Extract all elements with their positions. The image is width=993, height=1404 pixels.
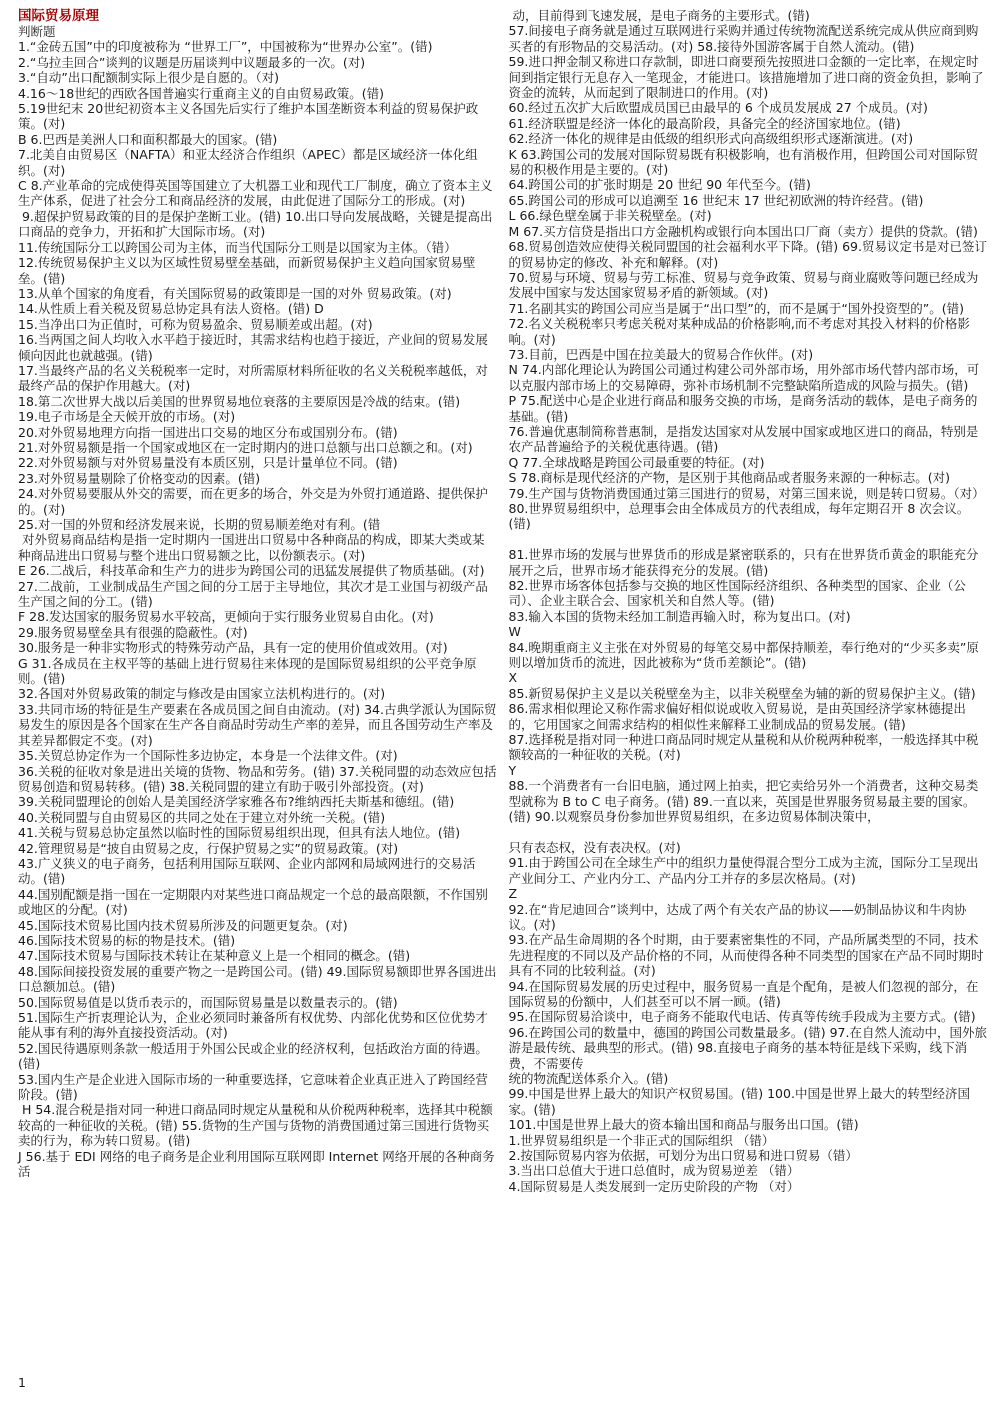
question-item: 只有表态权，没有表决权。(对) bbox=[509, 840, 988, 855]
question-item: 30.服务是一种非实物形式的特殊劳动产品，具有一定的使用价值或效用。(对) bbox=[18, 640, 497, 655]
question-item: 52.国民待遇原则条款一般适用于外国公民或企业的经济权利，包括政治方面的待遇。(… bbox=[18, 1041, 497, 1072]
question-item: 65.跨国公司的形成可以追溯至 16 世纪末 17 世纪初欧洲的特许经营。(错) bbox=[509, 193, 988, 208]
question-item: 4.16～18世纪的西欧各国普遍实行重商主义的自由贸易政策。(错) bbox=[18, 86, 497, 101]
question-item: B 6.巴西是美洲人口和面积都最大的国家。(错) bbox=[18, 132, 497, 147]
question-item: F 28.发达国家的服务贸易水平较高，更倾向于实行服务业贸易自由化。(对) bbox=[18, 609, 497, 624]
question-item: 86.需求相似理论又称作需求偏好相似说或收入贸易说，是由英国经济学家林德提出的，… bbox=[509, 701, 988, 732]
question-item: 61.经济联盟是经济一体化的最高阶段，具备完全的经济国家地位。(错) bbox=[509, 116, 988, 131]
question-list-left: 1.“金砖五国”中的印度被称为 “世界工厂”，中国被称为“世界办公室”。(错)2… bbox=[18, 39, 497, 1179]
question-item: Z bbox=[509, 886, 988, 901]
question-item: Y bbox=[509, 763, 988, 778]
question-item: 12.传统贸易保护主义以为区域性贸易壁垒基础，而新贸易保护主义趋向国家贸易壁垒。… bbox=[18, 255, 497, 286]
question-item: 93.在产品生命周期的各个时期，由于要素密集性的不同，产品所属类型的不同，技术先… bbox=[509, 932, 988, 978]
question-item: 82.世界市场客体包括参与交换的地区性国际经济组织、各种类型的国家、企业（公司）… bbox=[509, 578, 988, 609]
question-item: P 75.配送中心是企业进行商品和服务交换的市场，是商务活动的载体，是电子商务的… bbox=[509, 393, 988, 424]
question-item: G 31.各成员在主权平等的基础上进行贸易往来体现的是国际贸易组织的公平竞争原则… bbox=[18, 656, 497, 687]
question-item: 15.当净出口为正值时，可称为贸易盈余、贸易顺差或出超。(对) bbox=[18, 317, 497, 332]
question-list-right: 动，目前得到飞速发展，是电子商务的主要形式。(错)57.间接电子商务就是通过互联… bbox=[509, 8, 988, 1194]
question-item: 76.普遍优惠制简称普惠制，是指发达国家对从发展中国家或地区进口的商品，特别是农… bbox=[509, 424, 988, 455]
question-item bbox=[509, 825, 988, 840]
question-item: 33.共同市场的特征是生产要素在各成员国之间自由流动。(对) 34.古典学派认为… bbox=[18, 702, 497, 748]
question-item: 1.“金砖五国”中的印度被称为 “世界工厂”，中国被称为“世界办公室”。(错) bbox=[18, 39, 497, 54]
question-item: 71.名副其实的跨国公司应当是属于“出口型”的，而不是属于“国外投资型的”。(错… bbox=[509, 301, 988, 316]
question-item: 72.名义关税税率只考虑关税对某种成品的价格影响,而不考虑对其投入材料的价格影响… bbox=[509, 316, 988, 347]
question-item: 25.对一国的外贸和经济发展来说，长期的贸易顺差绝对有利。(错 bbox=[18, 517, 497, 532]
question-item: 21.对外贸易额是指一个国家或地区在一定时期内的进口总额与出口总额之和。(对) bbox=[18, 440, 497, 455]
question-item: 73.目前，巴西是中国在拉美最大的贸易合作伙伴。(对) bbox=[509, 347, 988, 362]
question-item: 29.服务贸易壁垒具有很强的隐蔽性。(对) bbox=[18, 625, 497, 640]
question-item: 101.中国是世界上最大的资本输出国和商品与服务出口国。(错) bbox=[509, 1117, 988, 1132]
question-item: 64.跨国公司的扩张时期是 20 世纪 90 年代至今。(错) bbox=[509, 177, 988, 192]
question-item: 48.国际间接投资发展的重要产物之一是跨国公司。(错) 49.国际贸易额即世界各… bbox=[18, 964, 497, 995]
question-item: 83.输入本国的货物未经加工制造再输入时，称为复出口。(对) bbox=[509, 609, 988, 624]
question-item: 23.对外贸易量剔除了价格变动的因素。(错) bbox=[18, 471, 497, 486]
question-item: 84.晚期重商主义主张在对外贸易的每笔交易中都保持顺差，奉行绝对的“少买多卖”原… bbox=[509, 640, 988, 671]
question-item: 68.贸易创造效应使得关税同盟国的社会福利水平下降。(错) 69.贸易议定书是对… bbox=[509, 239, 988, 270]
question-item: 43.广义狭义的电子商务，包括利用国际互联网、企业内部网和局域网进行的交易活动。… bbox=[18, 856, 497, 887]
question-item: 85.新贸易保护主义是以关税壁垒为主，以非关税壁垒为辅的新的贸易保护主义。(错) bbox=[509, 686, 988, 701]
question-item: 19.电子市场是全天候开放的市场。(对) bbox=[18, 409, 497, 424]
question-item: 99.中国是世界上最大的知识产权贸易国。(错) 100.中国是世界上最大的转型经… bbox=[509, 1086, 988, 1117]
question-item: 11.传统国际分工以跨国公司为主体，而当代国际分工则是以国家为主体。（错） bbox=[18, 240, 497, 255]
question-item: 7.北美自由贸易区（NAFTA）和亚太经济合作组织（APEC）都是区域经济一体化… bbox=[18, 147, 497, 178]
question-item: 40.关税同盟与自由贸易区的共同之处在于建立对外统一关税。(错) bbox=[18, 810, 497, 825]
question-item: 79.生产国与货物消费国通过第三国进行的贸易，对第三国来说，则是转口贸易。（对） bbox=[509, 486, 988, 501]
question-item: 62.经济一体化的规律是由低级的组织形式向高级组织形式逐渐演进。(对) bbox=[509, 131, 988, 146]
question-item: C 8.产业革命的完成使得英国等国建立了大机器工业和现代工厂制度，确立了资本主义… bbox=[18, 178, 497, 209]
question-item: 35.关贸总协定作为一个国际性多边协定，本身是一个法律文件。(对) bbox=[18, 748, 497, 763]
question-item: E 26.二战后，科技革命和生产力的进步为跨国公司的迅猛发展提供了物质基础。(对… bbox=[18, 563, 497, 578]
question-item: 96.在跨国公司的数量中，德国的跨国公司数量最多。(错) 97.在自然人流动中，… bbox=[509, 1025, 988, 1071]
section-heading: 判断题 bbox=[18, 24, 497, 39]
question-item: J 56.基于 EDI 网络的电子商务是企业利用国际互联网即 Internet … bbox=[18, 1149, 497, 1180]
question-item: 53.国内生产是企业进入国际市场的一种重要选择，它意味着企业真正进入了跨国经营阶… bbox=[18, 1072, 497, 1103]
question-item: 80.世界贸易组织中，总理事会由全体成员方的代表组成，每年定期召开 8 次会议。… bbox=[509, 501, 988, 532]
question-item: L 66.绿色壁垒属于非关税壁垒。(对) bbox=[509, 208, 988, 223]
question-item: 87.选择税是指对同一种进口商品同时规定从量税和从价税两种税率，一般选择其中税额… bbox=[509, 732, 988, 763]
question-item bbox=[509, 532, 988, 547]
question-item: 动，目前得到飞速发展，是电子商务的主要形式。(错) bbox=[509, 8, 988, 23]
question-item: 2.“乌拉圭回合”谈判的议题是历届谈判中议题最多的一次。(对) bbox=[18, 55, 497, 70]
question-item: 60.经过五次扩大后欧盟成员国已由最早的 6 个成员发展成 27 个成员。(对) bbox=[509, 100, 988, 115]
question-item: 57.间接电子商务就是通过互联网进行采购并通过传统物流配送系统完成从供应商到购买… bbox=[509, 23, 988, 54]
question-item: X bbox=[509, 670, 988, 685]
question-item: 9.超保护贸易政策的目的是保护垄断工业。(错) 10.出口导向发展战略，关键是提… bbox=[18, 209, 497, 240]
question-item: K 63.跨国公司的发展对国际贸易既有积极影响，也有消极作用，但跨国公司对国际贸… bbox=[509, 147, 988, 178]
question-item: 对外贸易商品结构是指一定时期内一国进出口贸易中各种商品的构成，即某大类或某种商品… bbox=[18, 532, 497, 563]
question-item: 50.国际贸易值是以货币表示的，而国际贸易量是以数量表示的。(错) bbox=[18, 995, 497, 1010]
question-item: 46.国际技术贸易的标的物是技术。(错) bbox=[18, 933, 497, 948]
question-item: 22.对外贸易额与对外贸易量没有本质区别，只是计量单位不同。(错) bbox=[18, 455, 497, 470]
two-column-layout: 国际贸易原理 判断题 1.“金砖五国”中的印度被称为 “世界工厂”，中国被称为“… bbox=[18, 8, 987, 1194]
question-item: 41.关税与贸易总协定虽然以临时性的国际贸易组织出现，但具有法人地位。(错) bbox=[18, 825, 497, 840]
question-item: 88.一个消费者有一台旧电脑，通过网上拍卖，把它卖给另外一个消费者，这种交易类型… bbox=[509, 778, 988, 824]
question-item: 42.管理贸易是“披自由贸易之皮，行保护贸易之实”的贸易政策。(对) bbox=[18, 841, 497, 856]
question-item: 3.“自动”出口配额制实际上很少是自愿的。（对) bbox=[18, 70, 497, 85]
page-number: 1 bbox=[18, 1375, 26, 1390]
question-item: 95.在国际贸易洽谈中，电子商务不能取代电话、传真等传统手段成为主要方式。(错) bbox=[509, 1009, 988, 1024]
question-item: 13.从单个国家的角度看，有关国际贸易的政策即是一国的对外 贸易政策。(对) bbox=[18, 286, 497, 301]
question-item: H 54.混合税是指对同一种进口商品同时规定从量税和从价税两种税率，选择其中税额… bbox=[18, 1102, 497, 1148]
question-item: 24.对外贸易要服从外交的需要，而在更多的场合，外交是为外贸打通道路、提供保护的… bbox=[18, 486, 497, 517]
question-item: 32.各国对外贸易政策的制定与修改是由国家立法机构进行的。(对) bbox=[18, 686, 497, 701]
question-item: 4.国际贸易是人类发展到一定历史阶段的产物 （对） bbox=[509, 1179, 988, 1194]
question-item: 44.国别配额是指一国在一定期限内对某些进口商品规定一个总的最高限额，不作国别或… bbox=[18, 887, 497, 918]
document-page: 国际贸易原理 判断题 1.“金砖五国”中的印度被称为 “世界工厂”，中国被称为“… bbox=[0, 0, 993, 1404]
question-item: 81.世界市场的发展与世界货币的形成是紧密联系的，只有在世界货币黄金的职能充分展… bbox=[509, 547, 988, 578]
question-item: 16.当两国之间人均收入水平趋于接近时，其需求结构也趋于接近，产业间的贸易发展倾… bbox=[18, 332, 497, 363]
question-item: 47.国际技术贸易与国际技术转让在某种意义上是一个相同的概念。(错) bbox=[18, 948, 497, 963]
question-item: 51.国际生产折衷理论认为，企业必须同时兼备所有权优势、内部化优势和区位优势才能… bbox=[18, 1010, 497, 1041]
question-item: 91.由于跨国公司在全球生产中的组织力量使得混合型分工成为主流，国际分工呈现出产… bbox=[509, 855, 988, 886]
question-item: 45.国际技术贸易比国内技术贸易所涉及的问题更复杂。(对) bbox=[18, 918, 497, 933]
question-item: S 78.商标是现代经济的产物，是区别于其他商品或者服务来源的一种标志。(对) bbox=[509, 470, 988, 485]
question-item: 92.在“肯尼迪回合”谈判中，达成了两个有关农产品的协议——奶制品协议和牛肉协议… bbox=[509, 902, 988, 933]
left-column: 国际贸易原理 判断题 1.“金砖五国”中的印度被称为 “世界工厂”，中国被称为“… bbox=[18, 8, 497, 1179]
question-item: 3.当出口总值大于进口总值时，成为贸易逆差 （错） bbox=[509, 1163, 988, 1178]
question-item: 14.从性质上看关税及贸易总协定具有法人资格。(错) D bbox=[18, 301, 497, 316]
question-item: 59.进口押金制又称进口存款制，即进口商要预先按照进口金额的一定比率，在规定时间… bbox=[509, 54, 988, 100]
question-item: 17.当最终产品的名义关税税率一定时，对所需原材料所征收的名义关税税率越低，对最… bbox=[18, 363, 497, 394]
document-title: 国际贸易原理 bbox=[18, 8, 497, 24]
question-item: 1.世界贸易组织是一个非正式的国际组织 （错） bbox=[509, 1133, 988, 1148]
question-item: 94.在国际贸易发展的历史过程中，服务贸易一直是个配角，是被人们忽视的部分，在国… bbox=[509, 979, 988, 1010]
question-item: 18.第二次世界大战以后美国的世界贸易地位衰落的主要原因是冷战的结束。(错) bbox=[18, 394, 497, 409]
question-item: M 67.买方信贷是指出口方金融机构或银行向本国出口厂商（卖方）提供的贷款。(错… bbox=[509, 224, 988, 239]
question-item: 27.二战前，工业制成品生产国之间的分工居于主导地位，其次才是工业国与初级产品生… bbox=[18, 579, 497, 610]
question-item: 2.按国际贸易内容为依据，可划分为出口贸易和进口贸易（错） bbox=[509, 1148, 988, 1163]
question-item: 36.关税的征收对象是进出关境的货物、物品和劳务。(错) 37.关税同盟的动态效… bbox=[18, 764, 497, 795]
question-item: 39.关税同盟理论的创始人是美国经济学家雅各布?维纳西托夫斯基和德纽。(错) bbox=[18, 794, 497, 809]
question-item: N 74.内部化理论认为跨国公司通过构建公司外部市场，用外部市场代替内部市场，可… bbox=[509, 362, 988, 393]
question-item: 统的物流配送体系介入。(错) bbox=[509, 1071, 988, 1086]
question-item: W bbox=[509, 624, 988, 639]
question-item: 70.贸易与环境、贸易与劳工标准、贸易与竞争政策、贸易与商业腐败等问题已经成为发… bbox=[509, 270, 988, 301]
question-item: 5.19世纪末 20世纪初资本主义各国先后实行了维护本国垄断资本利益的贸易保护政… bbox=[18, 101, 497, 132]
right-column: 动，目前得到飞速发展，是电子商务的主要形式。(错)57.间接电子商务就是通过互联… bbox=[509, 8, 988, 1194]
question-item: 20.对外贸易地理方向指一国进出口交易的地区分布或国别分布。(错) bbox=[18, 425, 497, 440]
question-item: Q 77.全球战略是跨国公司最重要的特征。(对) bbox=[509, 455, 988, 470]
